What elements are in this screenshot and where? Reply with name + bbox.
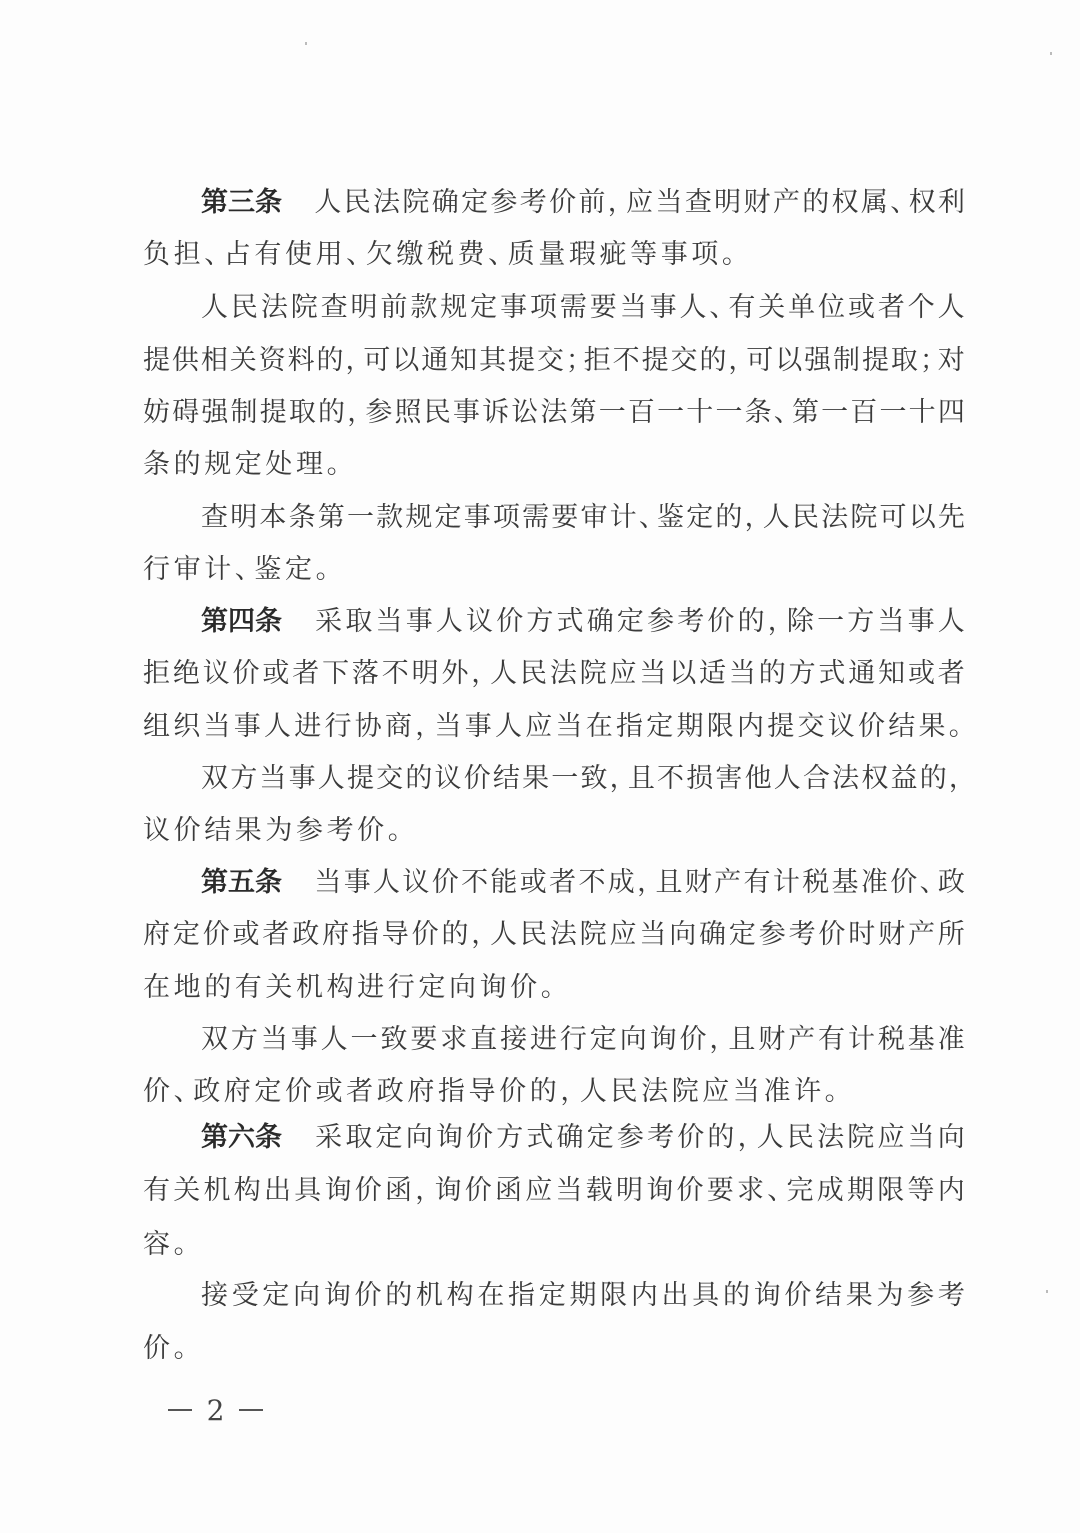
article-first-line: 第三条人民法院确定参考价前，应当查明财产的权属、权利 [143,183,965,223]
paragraph-line: 接受定向询价的机构在指定期限内出具的询价结果为参考 [143,1276,965,1316]
paragraph-line: 条的规定处理。 [143,445,965,485]
article-label: 第五条 [201,863,282,903]
article-label: 第四条 [201,602,282,642]
paragraph-line: 查明本条第一款规定事项需要审计、鉴定的，人民法院可以先 [143,498,965,538]
article-first-line: 第五条当事人议价不能或者不成，且财产有计税基准价、政 [143,863,965,903]
paragraph-line: 双方当事人一致要求直接进行定向询价，且财产有计税基准 [143,1020,965,1060]
scan-speck [305,42,307,45]
paragraph-line: 双方当事人提交的议价结果一致，且不损害他人合法权益的， [143,759,965,799]
page-number-dash-right [239,1409,263,1411]
document-page: 第三条人民法院确定参考价前，应当查明财产的权属、权利负担、占有使用、欠缴税费、质… [0,0,1080,1533]
paragraph-line: 负担、占有使用、欠缴税费、质量瑕疵等事项。 [143,235,965,275]
paragraph-line: 府定价或者政府指导价的，人民法院应当向确定参考价时财产所 [143,915,965,955]
paragraph-line: 组织当事人进行协商，当事人应当在指定期限内提交议价结果。 [143,707,965,747]
scan-speck [1046,1290,1048,1293]
paragraph-line: 价。 [143,1329,965,1369]
article-first-line: 第四条采取当事人议价方式确定参考价的，除一方当事人 [143,602,965,642]
page-number: 2 [168,1392,263,1428]
article-first-line: 第六条采取定向询价方式确定参考价的，人民法院应当向 [143,1118,965,1158]
paragraph-line: 拒绝议价或者下落不明外，人民法院应当以适当的方式通知或者 [143,654,965,694]
paragraph-line: 提供相关资料的，可以通知其提交；拒不提交的，可以强制提取；对 [143,341,965,381]
paragraph-line: 议价结果为参考价。 [143,811,965,851]
paragraph-line: 在地的有关机构进行定向询价。 [143,968,965,1008]
paragraph-line: 人民法院查明前款规定事项需要当事人、有关单位或者个人 [143,288,965,328]
paragraph-line: 妨碍强制提取的，参照民事诉讼法第一百一十一条、第一百一十四 [143,393,965,433]
scan-speck [1050,52,1052,55]
paragraph-line: 有关机构出具询价函，询价函应当载明询价要求、完成期限等内 [143,1171,965,1211]
page-number-dash-left [168,1409,192,1411]
paragraph-line: 容。 [143,1225,965,1265]
paragraph-line: 价、政府定价或者政府指导价的，人民法院应当准许。 [143,1072,965,1112]
page-number-value: 2 [207,1394,225,1427]
article-label: 第三条 [201,183,282,223]
paragraph-line: 行审计、鉴定。 [143,550,965,590]
article-label: 第六条 [201,1118,282,1158]
